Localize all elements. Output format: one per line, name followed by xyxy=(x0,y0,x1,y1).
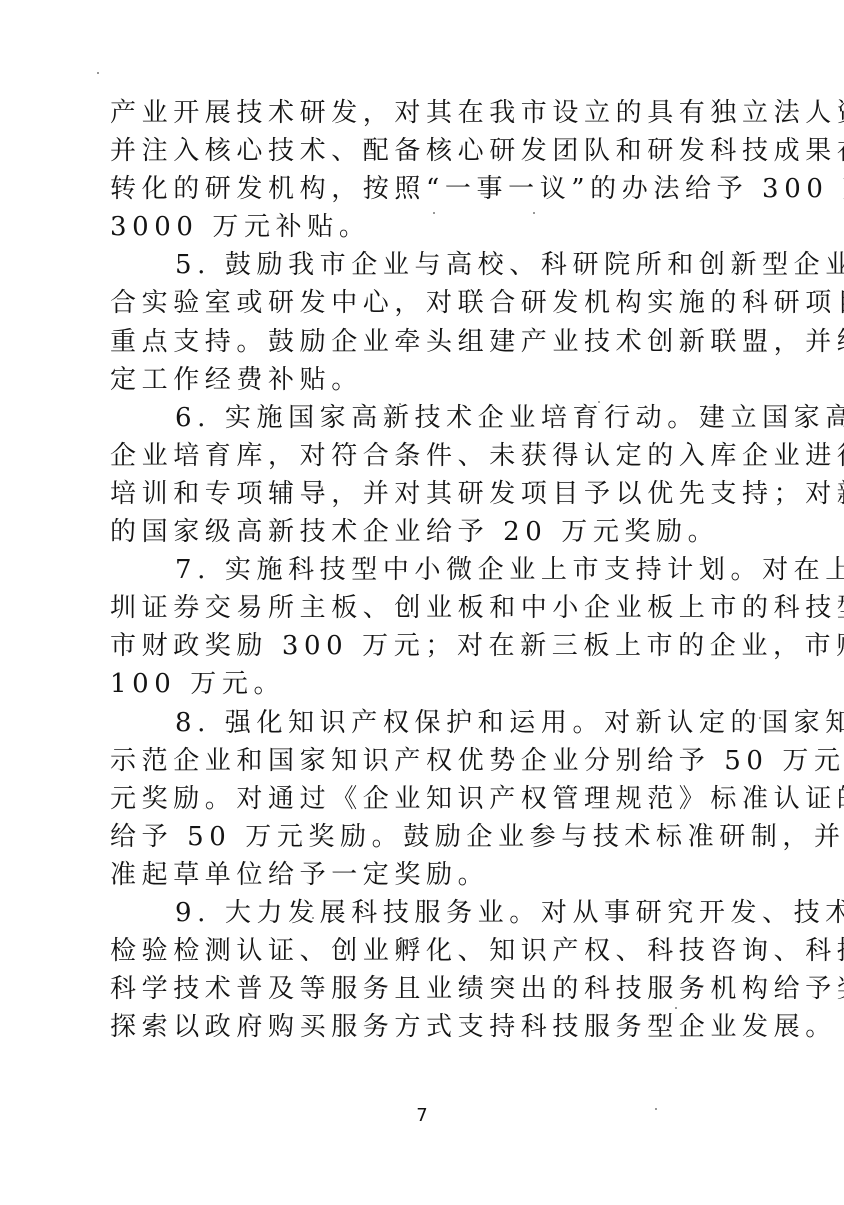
text-line: 元奖励。对通过《企业知识产权管理规范》标准认证的企业， xyxy=(110,780,770,818)
text-line: 并注入核心技术、配备核心研发团队和研发科技成果在我市 xyxy=(110,132,770,170)
text-line: 科学技术普及等服务且业绩突出的科技服务机构给予奖励。 xyxy=(110,970,770,1008)
text-line: 6. 实施国家高新技术企业培育行动。建立国家高新技术 xyxy=(110,399,770,437)
text-line: 探索以政府购买服务方式支持科技服务型企业发展。 xyxy=(110,1008,770,1046)
text-line: 8. 强化知识产权保护和运用。对新认定的国家知识产权 xyxy=(110,704,770,742)
scan-speck xyxy=(598,401,600,403)
text-line: 5. 鼓励我市企业与高校、科研院所和创新型企业建立联 xyxy=(110,246,770,284)
text-line: 100 万元。 xyxy=(110,665,770,703)
paragraph-item-6: 6. 实施国家高新技术企业培育行动。建立国家高新技术 企业培育库，对符合条件、未… xyxy=(110,399,770,551)
scan-speck xyxy=(433,212,435,214)
paragraph-item-9: 9. 大力发展科技服务业。对从事研究开发、技术转移、 检验检测认证、创业孵化、知… xyxy=(110,894,770,1046)
text-line: 企业培育库，对符合条件、未获得认定的入库企业进行免费 xyxy=(110,437,770,475)
text-line: 定工作经费补贴。 xyxy=(110,361,770,399)
page-number: 7 xyxy=(0,1105,844,1126)
text-line: 培训和专项辅导，并对其研发项目予以优先支持；对新认定 xyxy=(110,475,770,513)
scan-speck xyxy=(97,72,99,74)
text-line: 9. 大力发展科技服务业。对从事研究开发、技术转移、 xyxy=(110,894,770,932)
text-line: 7. 实施科技型中小微企业上市支持计划。对在上海、深 xyxy=(110,551,770,589)
text-line: 重点支持。鼓励企业牵头组建产业技术创新联盟，并给予一 xyxy=(110,323,770,361)
text-line: 给予 50 万元奖励。鼓励企业参与技术标准研制，并对技术标 xyxy=(110,818,770,856)
text-line: 合实验室或研发中心，对联合研发机构实施的科研项目予以 xyxy=(110,284,770,322)
paragraph-item-5: 5. 鼓励我市企业与高校、科研院所和创新型企业建立联 合实验室或研发中心，对联合… xyxy=(110,246,770,398)
text-line: 的国家级高新技术企业给予 20 万元奖励。 xyxy=(110,513,770,551)
paragraph-item-8: 8. 强化知识产权保护和运用。对新认定的国家知识产权 示范企业和国家知识产权优势… xyxy=(110,704,770,894)
scan-speck xyxy=(533,212,535,214)
text-line: 转化的研发机构，按照“一事一议”的办法给予 300 万元至 xyxy=(110,170,770,208)
scan-speck xyxy=(759,717,761,719)
scan-speck xyxy=(312,917,314,919)
text-line: 圳证券交易所主板、创业板和中小企业板上市的科技型企业， xyxy=(110,589,770,627)
scan-speck xyxy=(302,374,304,376)
text-line: 示范企业和国家知识产权优势企业分别给予 50 万元和 30 万 xyxy=(110,742,770,780)
paragraph-item-7: 7. 实施科技型中小微企业上市支持计划。对在上海、深 圳证券交易所主板、创业板和… xyxy=(110,551,770,703)
text-line: 检验检测认证、创业孵化、知识产权、科技咨询、科技金融、 xyxy=(110,932,770,970)
body-text: 产业开展技术研发，对其在我市设立的具有独立法人资格， 并注入核心技术、配备核心研… xyxy=(110,94,770,1046)
text-line: 3000 万元补贴。 xyxy=(110,208,770,246)
scan-speck xyxy=(399,403,401,405)
scan-speck xyxy=(655,1108,657,1110)
text-line: 准起草单位给予一定奖励。 xyxy=(110,856,770,894)
paragraph-continuation: 产业开展技术研发，对其在我市设立的具有独立法人资格， 并注入核心技术、配备核心研… xyxy=(110,94,770,246)
text-line: 市财政奖励 300 万元；对在新三板上市的企业，市财政奖励 xyxy=(110,627,770,665)
scan-speck xyxy=(675,1007,677,1009)
text-line: 产业开展技术研发，对其在我市设立的具有独立法人资格， xyxy=(110,94,770,132)
document-page: 产业开展技术研发，对其在我市设立的具有独立法人资格， 并注入核心技术、配备核心研… xyxy=(0,0,844,1205)
